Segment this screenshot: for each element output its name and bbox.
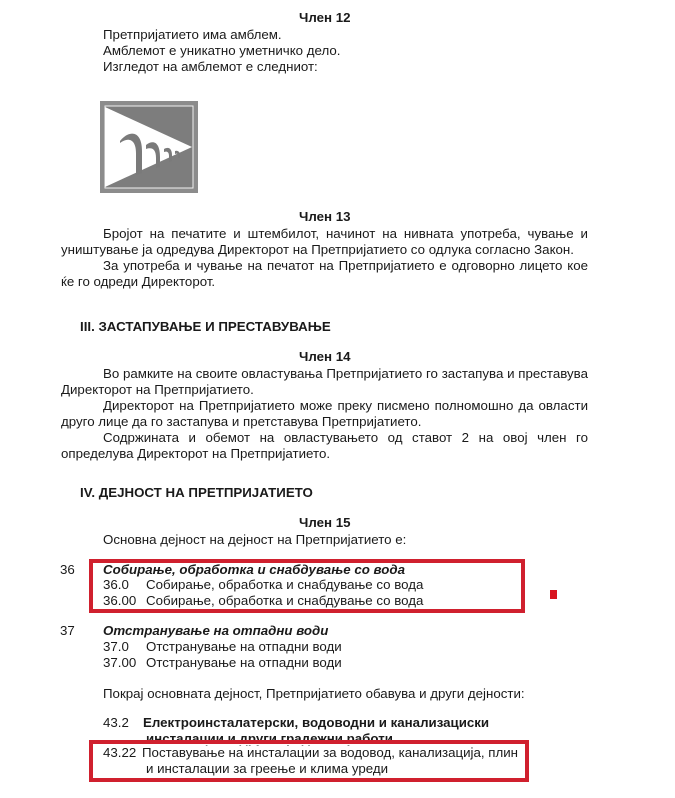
- article-14-paragraph-3-line-2: определува Директорот на Претпријатието.: [61, 446, 330, 462]
- article-13-heading: Член 13: [299, 209, 351, 225]
- other-activity-title-line-1: Електроинсталатерски, водоводни и канали…: [143, 715, 489, 731]
- article-13-paragraph-2-line-1: За употреба и чување на печатот на Претп…: [61, 258, 588, 274]
- activity-sub-code: 37.00: [103, 655, 136, 671]
- activity-code: 37: [60, 623, 75, 639]
- section-3-title: III. ЗАСТАПУВАЊЕ И ПРЕСТАВУВАЊЕ: [80, 319, 331, 335]
- article-13-paragraph-1-line-1: Бројот на печатите и штембилот, начинот …: [61, 226, 588, 242]
- article-15-heading: Член 15: [299, 515, 351, 531]
- activity-sub-code: 37.0: [103, 639, 129, 655]
- article-14-paragraph-3-line-1: Содржината и обемот на овластувањето од …: [61, 430, 588, 446]
- article-12-heading: Член 12: [299, 10, 351, 26]
- activity-code: 36: [60, 562, 75, 578]
- section-4-title: IV. ДЕЈНОСТ НА ПРЕТПРИЈАТИЕТО: [80, 485, 313, 501]
- other-activities-intro: Покрај основната дејност, Претпријатието…: [103, 686, 525, 702]
- article-12-line: Изгледот на амблемот е следниот:: [103, 59, 318, 75]
- activity-sub-text: Отстранување на отпадни води: [146, 639, 342, 655]
- highlight-box-activity-43-22: [89, 740, 529, 782]
- article-12-line: Амблемот е уникатно уметничко дело.: [103, 43, 340, 59]
- highlight-box-activity-36: [89, 559, 525, 613]
- activity-title: Отстранување на отпадни води: [103, 623, 328, 639]
- article-15-intro: Основна дејност на дејност на Претпријат…: [103, 532, 406, 548]
- article-14-paragraph-1-line-1: Во рамките на своите овластувања Претпри…: [61, 366, 588, 382]
- article-14-paragraph-2-line-2: друго лице да го застапува и претставува…: [61, 414, 421, 430]
- article-14-paragraph-1-line-2: Директорот на Претпријатието.: [61, 382, 254, 398]
- article-13-paragraph-1-line-2: уништување ја одредува Директорот на Пре…: [61, 242, 574, 258]
- activity-sub-text: Отстранување на отпадни води: [146, 655, 342, 671]
- box-inner-mask: [93, 744, 525, 745]
- other-activity-code: 43.2: [103, 715, 129, 731]
- bridge-arches-emblem-icon: [100, 101, 198, 193]
- red-marker-square: [550, 590, 557, 599]
- article-14-paragraph-2-line-1: Директорот на Претпријатието може преку …: [61, 398, 588, 414]
- article-12-line: Претпријатието има амблем.: [103, 27, 282, 43]
- article-13-paragraph-2-line-2: ќе го одреди Директорот.: [61, 274, 215, 290]
- article-14-heading: Член 14: [299, 349, 351, 365]
